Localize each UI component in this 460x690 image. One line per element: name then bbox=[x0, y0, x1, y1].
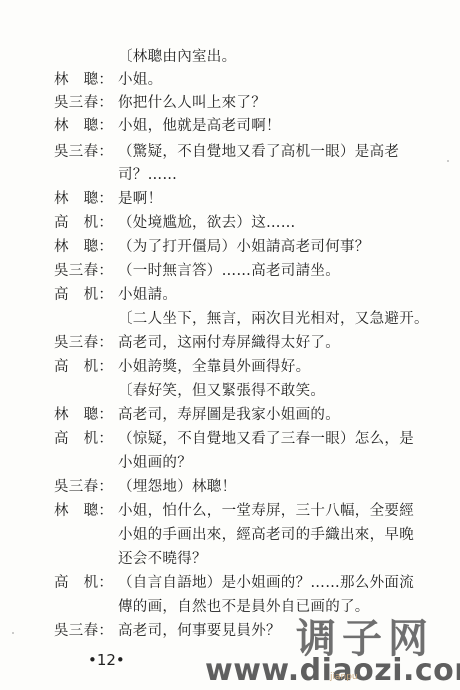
speech-text: （惊疑，不自覺地又看了三春一眼）怎么，是 bbox=[118, 428, 414, 451]
page-number: •12• bbox=[88, 651, 125, 669]
watermark-subtext: jianpu bbox=[330, 672, 358, 682]
scan-speckle bbox=[12, 632, 14, 634]
speaker-name: 林 聰： bbox=[54, 500, 118, 523]
stage-direction-text: 〔春好笑，但又緊張得不敢笑。 bbox=[118, 380, 325, 403]
speaker-name: 吳三春： bbox=[54, 141, 118, 164]
speech-text: 高老司，这兩付寿屏織得太好了。 bbox=[118, 332, 340, 355]
speech-text: 高老司，寿屏圖是我家小姐画的。 bbox=[118, 404, 340, 427]
speaker-name: 高 机： bbox=[54, 572, 118, 595]
stage-direction-text: 〔二人坐下，無言，兩次目光相对，又急避开。 bbox=[118, 308, 429, 331]
continuation-text: 小姐的手画出來，經高老司的手織出來，早晚 bbox=[118, 524, 414, 547]
speaker-name: 高 机： bbox=[54, 356, 118, 379]
speaker-name: 林 聰： bbox=[54, 188, 118, 211]
continuation-text: 傳的画，自然也不是員外自已画的了。 bbox=[118, 596, 370, 619]
speaker-name: 林 聰： bbox=[54, 115, 118, 138]
speech-text: （自言自語地）是小姐画的？……那么外面流 bbox=[118, 572, 414, 595]
speech-text: （一时無言答）……高老司請坐。 bbox=[118, 260, 340, 283]
speech-text: 小姐。 bbox=[118, 69, 162, 92]
speaker-name: 林 聰： bbox=[54, 236, 118, 259]
speaker-name: 林 聰： bbox=[54, 69, 118, 92]
speech-text: （埋怨地）林聰！ bbox=[118, 476, 236, 499]
speech-text: 小姐，他就是高老司啊！ bbox=[118, 115, 281, 138]
speaker-name: 吳三春： bbox=[54, 92, 118, 115]
stage-direction-text: 〔林聰由內室出。 bbox=[118, 46, 236, 69]
speech-text: （处境尴尬，欲去）这…… bbox=[118, 212, 296, 235]
speaker-name: 林 聰： bbox=[54, 404, 118, 427]
speech-text: 小姐，怕什么，一堂寿屏，三十八幅，全要經 bbox=[118, 500, 414, 523]
speech-text: （驚疑，不自覺地又看了高机一眼）是高老 bbox=[118, 141, 399, 164]
speech-text: （为了打开僵局）小姐請高老司何事？ bbox=[118, 236, 370, 259]
speaker-name: 高 机： bbox=[54, 428, 118, 451]
speech-text: 小姐請。 bbox=[118, 284, 177, 307]
speaker-name: 高 机： bbox=[54, 212, 118, 235]
continuation-text: 还会不曉得？ bbox=[118, 548, 207, 571]
continuation-text: 小姐画的？ bbox=[118, 452, 192, 475]
speech-text: 是啊！ bbox=[118, 188, 162, 211]
speaker-name: 吳三春： bbox=[54, 332, 118, 355]
speech-text: 高老司，何事要見員外？ bbox=[118, 620, 281, 643]
speaker-name: 吳三春： bbox=[54, 620, 118, 643]
speech-text: 你把什么人叫上來了？ bbox=[118, 92, 266, 115]
speaker-name: 吳三春： bbox=[54, 476, 118, 499]
document-page: •12• 调子网 www.diaozi.com jianpu 〔林聰由內室出。林… bbox=[0, 0, 460, 690]
speaker-name: 高 机： bbox=[54, 284, 118, 307]
continuation-text: 司？…… bbox=[118, 164, 177, 187]
speaker-name: 吳三春： bbox=[54, 260, 118, 283]
scan-speckle bbox=[447, 160, 449, 162]
speech-text: 小姐誇獎，全靠員外画得好。 bbox=[118, 356, 310, 379]
watermark-url: www.diaozi.com bbox=[205, 653, 460, 688]
